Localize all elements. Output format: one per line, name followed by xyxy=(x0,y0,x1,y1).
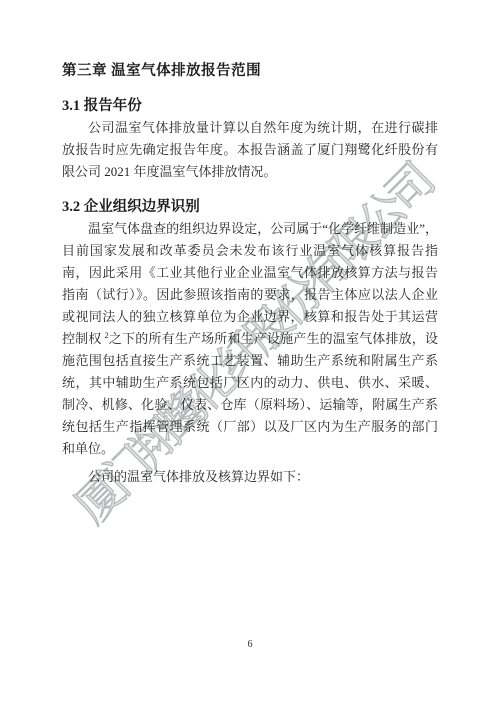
section-3-1-paragraph: 公司温室气体排放量计算以自然年度为统计期，在进行碳排放报告时应先确定报告年度。本… xyxy=(62,117,438,183)
document-page: 厦门翔鹭化纤股份有限公司 第三章 温室气体排放报告范围 3.1 报告年份 公司温… xyxy=(0,0,500,707)
chapter-heading: 第三章 温室气体排放报告范围 xyxy=(62,60,438,82)
page-number: 6 xyxy=(248,639,253,650)
section-3-2-heading: 3.2 企业组织边界识别 xyxy=(62,196,438,218)
page-footer: 6 xyxy=(0,634,500,652)
paragraph-text-before-footnote: 温室气体盘查的组织边界设定，公司属于“化学纤维制造业”，目前国家发展和改革委员会… xyxy=(62,221,438,346)
section-3-1-heading: 3.1 报告年份 xyxy=(62,95,438,117)
section-3-2-paragraph-1: 温室气体盘查的组织边界设定，公司属于“化学纤维制造业”，目前国家发展和改革委员会… xyxy=(62,218,438,460)
paragraph-text-after-footnote: 之下的所有生产场所和生产设施产生的温室气体排放，设施范围包括直接生产系统工艺装置… xyxy=(62,331,438,456)
document-content: 第三章 温室气体排放报告范围 3.1 报告年份 公司温室气体排放量计算以自然年度… xyxy=(62,60,438,488)
section-3-2-paragraph-2: 公司的温室气体排放及核算边界如下： xyxy=(62,466,438,488)
